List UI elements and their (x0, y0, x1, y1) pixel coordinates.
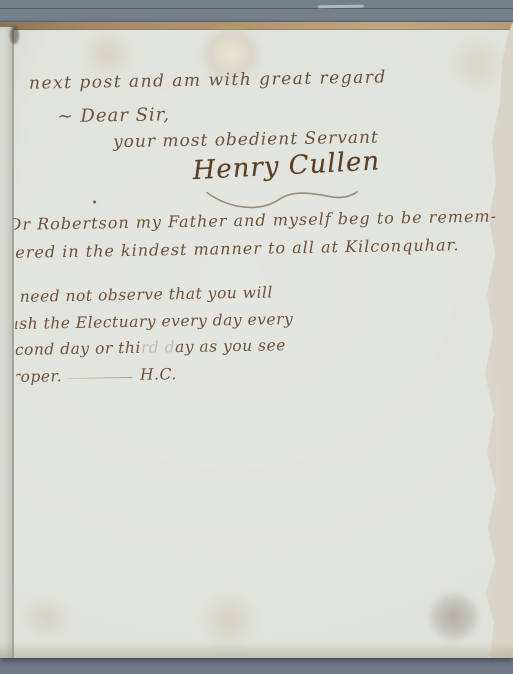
backdrop-seam-line (0, 8, 513, 9)
directions-last-line: proper. H.C. (10, 365, 177, 386)
directions-line-part: second day or thi (10, 339, 141, 360)
signature: Henry Cullen (192, 146, 381, 186)
flourish-rule (68, 376, 132, 378)
postscript-line: bered in the kindest manner to all at Ki… (10, 235, 460, 262)
faded-ink-text: rd d (141, 338, 175, 357)
directions-line: second day or third day as you see (10, 336, 286, 359)
directions-line-part: ay as you see (175, 336, 286, 356)
closing-line: next post and am with great regard (29, 67, 387, 93)
manuscript-page: next post and am with great regard ~ Dea… (0, 22, 513, 658)
salutation-line: ~ Dear Sir, (57, 104, 170, 127)
directions-line-part: proper. (10, 367, 62, 386)
directions-line: push the Electuary every day every (10, 310, 293, 333)
ink-speck (93, 201, 96, 204)
initials: H.C. (140, 365, 177, 384)
directions-line: I need not observe that you will (10, 283, 273, 306)
manuscript-photo: { "document": { "closing": { "line1": "n… (0, 0, 513, 674)
postscript-line: Dr Robertson my Father and myself beg to… (10, 207, 497, 235)
letter-text-block: next post and am with great regard ~ Dea… (10, 13, 513, 658)
